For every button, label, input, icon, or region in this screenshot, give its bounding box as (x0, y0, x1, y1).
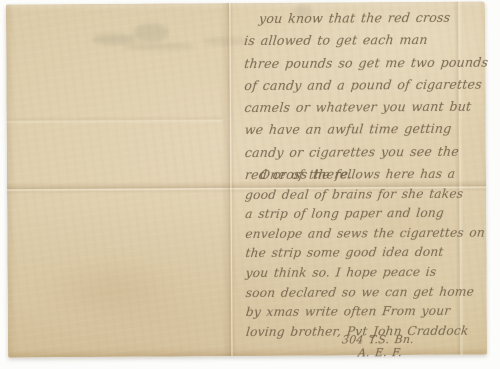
handwriting-line: envelope and sews the cigarettes on (244, 223, 486, 244)
bleedthrough-mark (134, 23, 168, 41)
bleedthrough-mark (124, 43, 194, 49)
handwriting-line: One of the fellows here has a (244, 165, 486, 186)
signature-force: A. E. F. (245, 346, 486, 360)
handwriting-line: soon declared so we can get home (245, 282, 487, 303)
letter-paper: you know that the red crossis allowed to… (6, 2, 487, 358)
handwriting-line: camels or whatever you want but (243, 96, 485, 120)
handwriting-line: the strip some good idea dont (244, 243, 486, 264)
signature-block: 304 T.S. Bn. A. E. F. (246, 333, 486, 360)
letter-paragraph-1: you know that the red crossis allowed to… (244, 7, 485, 187)
handwritten-letter-text: you know that the red crossis allowed to… (244, 2, 486, 356)
center-fold-crease (220, 3, 236, 356)
faint-horizontal-crease (7, 115, 223, 124)
paper-stain (37, 253, 187, 324)
letter-paragraph-2: One of the fellows here has agood deal o… (245, 165, 486, 343)
handwriting-line: you know that the red cross (243, 7, 485, 31)
handwriting-line: you think so. I hope peace is (245, 263, 487, 284)
handwriting-line: a strip of long paper and long (244, 204, 486, 225)
handwriting-line: is allowed to get each man (243, 29, 485, 53)
handwriting-line: we have an awful time getting (244, 118, 486, 142)
handwriting-line: candy or cigarettes you see the (244, 140, 486, 164)
handwriting-line: of candy and a pound of cigarettes (243, 73, 485, 97)
letter-scan-background: you know that the red crossis allowed to… (0, 0, 500, 369)
bleedthrough-mark (202, 37, 248, 45)
handwriting-line: three pounds so get me two pounds (243, 51, 485, 75)
handwriting-line: by xmas write often From your (245, 302, 487, 323)
bleedthrough-mark (92, 34, 136, 45)
handwriting-line: good deal of brains for she takes (244, 184, 486, 205)
